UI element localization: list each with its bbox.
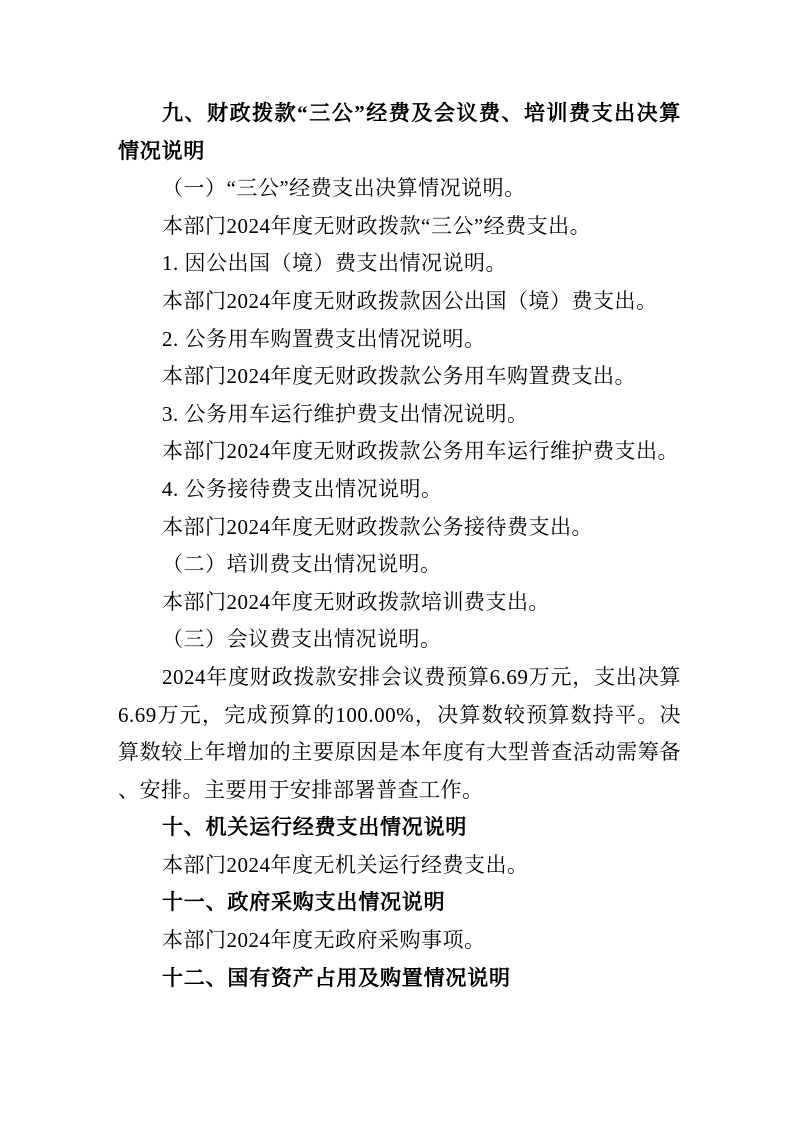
para-reception-title: 4. 公务接待费支出情况说明。	[118, 471, 681, 509]
para-training-title: （二）培训费支出情况说明。	[118, 546, 681, 584]
para-sangong-summary: 本部门2024年度无财政拨款“三公”经费支出。	[118, 208, 681, 246]
para-sangong-summary-title: （一）“三公”经费支出决算情况说明。	[118, 170, 681, 208]
para-reception: 本部门2024年度无财政拨款公务接待费支出。	[118, 509, 681, 547]
para-vehicle-purchase-title: 2. 公务用车购置费支出情况说明。	[118, 321, 681, 359]
heading-section-11: 十一、政府采购支出情况说明	[118, 884, 681, 922]
document-page: 九、财政拨款“三公”经费及会议费、培训费支出决算情况说明（一）“三公”经费支出决…	[0, 0, 793, 1122]
heading-section-12: 十二、国有资产占用及购置情况说明	[118, 960, 681, 998]
para-abroad: 本部门2024年度无财政拨款因公出国（境）费支出。	[118, 283, 681, 321]
para-vehicle-purchase: 本部门2024年度无财政拨款公务用车购置费支出。	[118, 358, 681, 396]
para-operating-expense: 本部门2024年度无机关运行经费支出。	[118, 847, 681, 885]
heading-section-9: 九、财政拨款“三公”经费及会议费、培训费支出决算情况说明	[118, 95, 681, 170]
para-vehicle-maintenance: 本部门2024年度无财政拨款公务用车运行维护费支出。	[118, 433, 681, 471]
para-meeting-title: （三）会议费支出情况说明。	[118, 621, 681, 659]
heading-section-10: 十、机关运行经费支出情况说明	[118, 809, 681, 847]
para-abroad-title: 1. 因公出国（境）费支出情况说明。	[118, 245, 681, 283]
para-meeting-detail: 2024年度财政拨款安排会议费预算6.69万元，支出决算6.69万元，完成预算的…	[118, 659, 681, 809]
para-procurement: 本部门2024年度无政府采购事项。	[118, 922, 681, 960]
para-vehicle-maintenance-title: 3. 公务用车运行维护费支出情况说明。	[118, 396, 681, 434]
document-content: 九、财政拨款“三公”经费及会议费、培训费支出决算情况说明（一）“三公”经费支出决…	[118, 95, 681, 997]
para-training: 本部门2024年度无财政拨款培训费支出。	[118, 584, 681, 622]
